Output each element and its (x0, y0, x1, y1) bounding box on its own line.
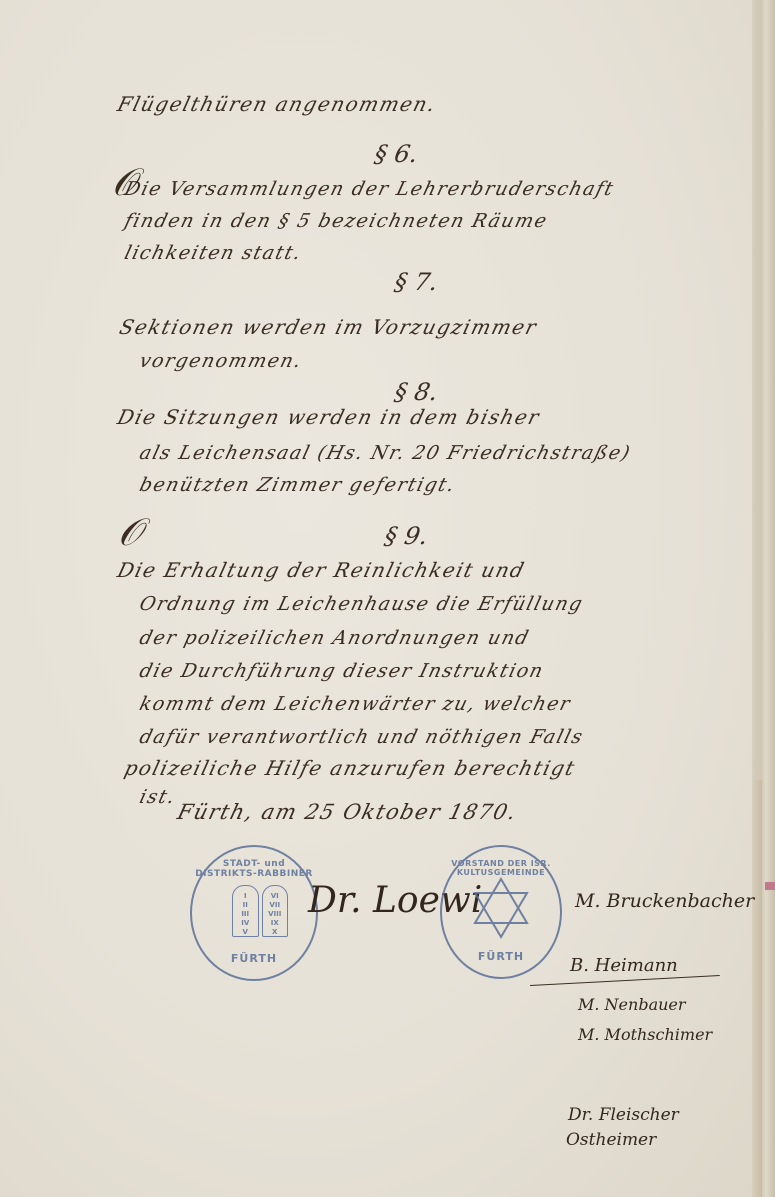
signature-bruckenbacher: M. Bruckenbacher (575, 890, 754, 912)
binding-strip (752, 780, 762, 1197)
signature-heimann: B. Heimann (570, 955, 678, 976)
section-7-line-1: Sektionen werden im Vorzugzimmer (117, 315, 540, 339)
section-9-line-3: der polizeilichen Anordnungen und (137, 627, 532, 649)
section-9-number: § 9. (383, 522, 430, 550)
section-9-line-2: Ordnung im Leichenhause die Erfüllung (137, 593, 586, 615)
section-8-line-2: als Leichensaal (Hs. Nr. 20 Friedrichstr… (137, 442, 633, 464)
signature-mothschimer: M. Mothschimer (578, 1025, 712, 1044)
section-9-line-5: kommt dem Leichenwärter zu, welcher (137, 693, 573, 715)
ribbon-marker (765, 882, 775, 890)
section-9-line-7: polizeiliche Hilfe anzurufen berechtigt (122, 756, 578, 780)
section-8-number: § 8. (393, 378, 440, 406)
section-6-line-2: finden in den § 5 bezeichneten Räume (122, 210, 550, 232)
section-9-line-1: Die Erhaltung der Reinlichkeit und (115, 558, 528, 582)
section-8-line-1: Die Sitzungen werden in dem bisher (115, 405, 543, 429)
signature-nenbauer: M. Nenbauer (578, 995, 686, 1014)
rabbinate-stamp: STADT- und DISTRIKTS-RABBINER IIIIIIIVV … (190, 845, 318, 981)
section-9-line-4: die Durchführung dieser Instruktion (137, 660, 546, 682)
ten-commandments-icon: IIIIIIIVV VIVIIVIIIIXX (232, 885, 288, 937)
stamp-ring-text: VORSTAND DER ISR. KULTUSGEMEINDE (442, 859, 560, 877)
section-8-line-3: benützten Zimmer gefertigt. (137, 474, 458, 496)
section-7-number: § 7. (393, 268, 440, 296)
section-6-number: § 6. (373, 140, 420, 168)
section-9-line-8: ist. (137, 786, 178, 808)
section-6-line-1: Die Versammlungen der Lehrerbruderschaft (122, 178, 616, 200)
section-6-line-3: lichkeiten statt. (122, 242, 304, 264)
intro-line: Flügelthüren angenommen. (115, 92, 439, 116)
star-of-david-icon (472, 877, 530, 939)
stamp-city: FÜRTH (442, 950, 560, 963)
section-9-line-6: dafür verantwortlich und nöthigen Falls (137, 726, 586, 748)
stamp-city: FÜRTH (192, 952, 316, 965)
signature-ostheimer: Ostheimer (566, 1130, 656, 1150)
stamp-ring-text: STADT- und DISTRIKTS-RABBINER (192, 859, 316, 879)
paragraph-mark-icon: 𝒪 (118, 510, 142, 555)
signature-fleischer: Dr. Fleischer (568, 1105, 679, 1125)
section-7-line-2: vorgenommen. (137, 350, 304, 372)
kultusgemeinde-stamp: VORSTAND DER ISR. KULTUSGEMEINDE FÜRTH (440, 845, 562, 979)
place-and-date: Fürth, am 25 Oktober 1870. (175, 800, 520, 824)
